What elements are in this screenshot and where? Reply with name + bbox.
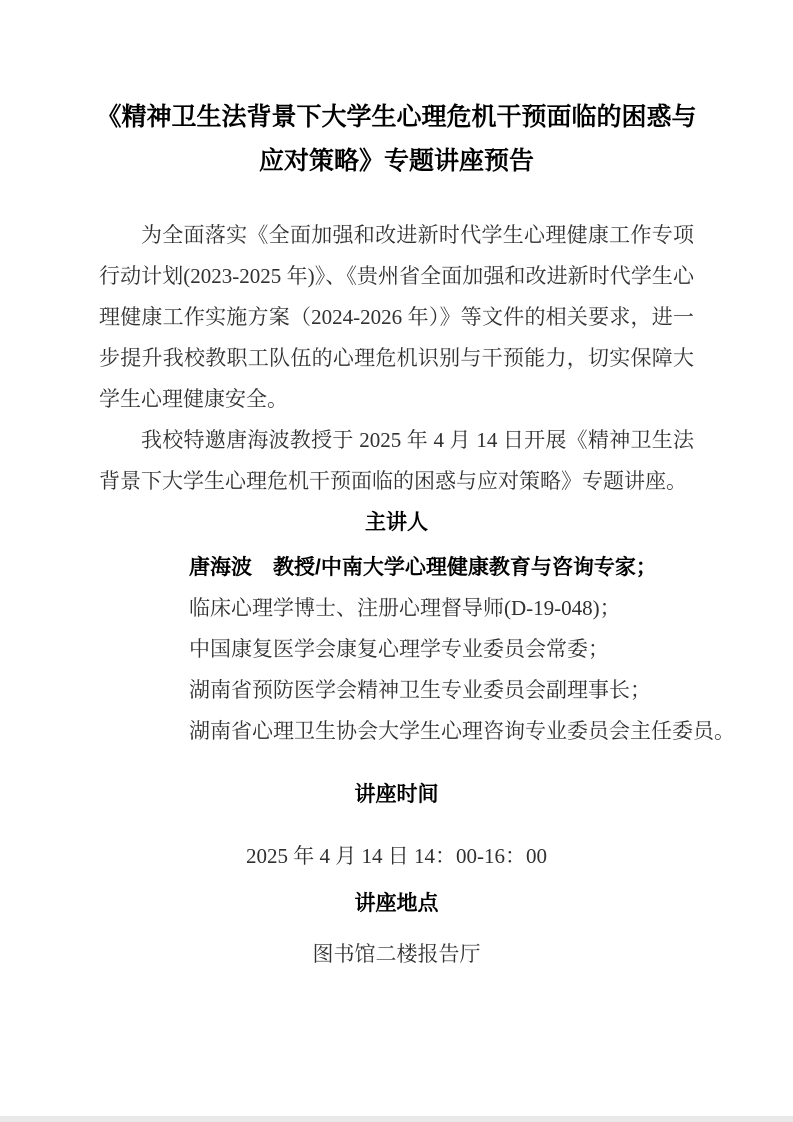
speaker-section-heading: 主讲人 — [99, 502, 694, 543]
page-title-line-1: 《精神卫生法背景下大学生心理危机干预面临的困惑与 — [87, 95, 706, 139]
lecture-time: 2025 年 4 月 14 日 14：00-16：00 — [99, 836, 694, 877]
credential-line-3: 湖南省预防医学会精神卫生专业委员会副理事长； — [189, 670, 694, 711]
lecture-location: 图书馆二楼报告厅 — [99, 934, 694, 975]
speaker-name-line: 唐海波 教授/中南大学心理健康教育与咨询专家； — [189, 547, 694, 588]
location-section-heading: 讲座地点 — [99, 883, 694, 924]
credential-line-1: 临床心理学博士、注册心理督导师(D-19-048)； — [189, 588, 694, 629]
time-section-heading: 讲座时间 — [99, 774, 694, 815]
intro-paragraph-2: 我校特邀唐海波教授于 2025 年 4 月 14 日开展《精神卫生法背景下大学生… — [99, 420, 694, 502]
document-page: 《精神卫生法背景下大学生心理危机干预面临的困惑与 应对策略》专题讲座预告 为全面… — [0, 0, 793, 1116]
credential-line-2: 中国康复医学会康复心理学专业委员会常委； — [189, 629, 694, 670]
credential-line-4: 湖南省心理卫生协会大学生心理咨询专业委员会主任委员。 — [189, 711, 694, 752]
page-title-line-2: 应对策略》专题讲座预告 — [87, 139, 706, 183]
intro-paragraph-1: 为全面落实《全面加强和改进新时代学生心理健康工作专项行动计划(2023-2025… — [99, 215, 694, 420]
page-title: 《精神卫生法背景下大学生心理危机干预面临的困惑与 应对策略》专题讲座预告 — [87, 95, 706, 183]
page-bottom-edge — [0, 1116, 793, 1122]
speaker-block: 唐海波 教授/中南大学心理健康教育与咨询专家； 临床心理学博士、注册心理督导师(… — [99, 547, 694, 752]
